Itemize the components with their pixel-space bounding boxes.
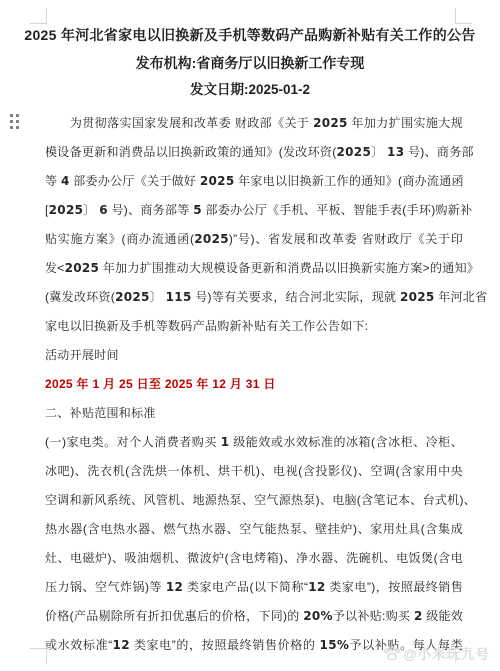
doc-line: 贴实施方案》(商办流通函(2025)”号)、省发展和改革委 省财政厅《关于印 bbox=[45, 225, 463, 254]
activity-time-heading: 活动开展时间 bbox=[45, 341, 463, 370]
watermark-text: @小米玩九号 bbox=[403, 643, 490, 663]
doc-line: 空调和新风系统、风管机、地源热泵、空气源热泵)、电脑(含笔记本、台式机)、 bbox=[45, 486, 463, 515]
section-heading: 二、补贴范围和标准 bbox=[45, 399, 463, 428]
text-boundary-corner-bottom-left bbox=[30, 648, 47, 664]
text-boundary-corner-top-left bbox=[30, 8, 47, 24]
doc-line: 冰吧)、洗衣机(含洗烘一体机、烘干机)、电视(含投影仪)、空调(含家用中央 bbox=[45, 457, 463, 486]
doc-line: 发<2025 年加力扩围推动大规模设备更新和消费品以旧换新实施方案>的通知》 bbox=[45, 254, 463, 283]
doc-line: 家电以旧换新及手机等数码产品购新补贴有关工作公告如下: bbox=[45, 312, 463, 341]
paragraph-drag-handle-icon[interactable] bbox=[10, 114, 19, 129]
paw-icon bbox=[383, 646, 401, 661]
doc-line: 压力锅、空气炸锅)等 12 类家电产品(以下简称“12 类家电”)，按照最终销售 bbox=[45, 573, 463, 602]
text-boundary-corner-top-right bbox=[455, 8, 472, 24]
doc-line: 等 4 部委办公厅《关于做好 2025 年家电以旧换新工作的通知》(商办流通函 bbox=[45, 167, 463, 196]
watermark: @小米玩九号 bbox=[383, 643, 490, 663]
intro-paragraph: 为贯彻落实国家发展和改革委 财政部《关于 2025 年加力扩围实施大规模设备更新… bbox=[45, 109, 463, 341]
doc-line: [2025〕 6 号)、商务部等 5 部委办公厅《手机、平板、智能手表(手环)购… bbox=[45, 196, 463, 225]
page-title: 2025 年河北省家电以旧换新及手机等数码产品购新补贴有关工作的公告 bbox=[0, 26, 500, 44]
doc-line: 价格(产品剔除所有折扣优惠后的价格，下同)的 20%予以补贴:购买 2 级能效 bbox=[45, 602, 463, 631]
activity-period-text: 2025 年 1 月 25 日至 2025 年 12 月 31 日 bbox=[45, 370, 463, 399]
doc-line: 模设备更新和消费品以旧换新政策的通知》(发改环资(2025〕 13 号)、商务部 bbox=[45, 138, 463, 167]
doc-line: 灶、电磁炉)、吸油烟机、微波炉(含电烤箱)、净水器、洗碗机、电饭煲(含电 bbox=[45, 544, 463, 573]
publisher-line: 发布机构:省商务厅以旧换新工作专现 bbox=[0, 54, 500, 72]
doc-line: 热水器(含电热水器、燃气热水器、空气能热泵、壁挂炉)、家用灶具(含集成 bbox=[45, 515, 463, 544]
subsidy-scope-paragraph: (一)家电类。对个人消费者购买 1 级能效或水效标准的冰箱(含冰柜、冷柜、冰吧)… bbox=[45, 428, 463, 660]
document-page: 2025 年河北省家电以旧换新及手机等数码产品购新补贴有关工作的公告 发布机构:… bbox=[0, 0, 500, 671]
document-body: 为贯彻落实国家发展和改革委 财政部《关于 2025 年加力扩围实施大规模设备更新… bbox=[45, 109, 463, 660]
issue-date-line: 发文日期:2025-01-2 bbox=[0, 81, 500, 99]
doc-line: (冀发改环资(2025〕 115 号)等有关要求，结合河北实际，现就 2025 … bbox=[45, 283, 463, 312]
doc-line: 为贯彻落实国家发展和改革委 财政部《关于 2025 年加力扩围实施大规 bbox=[45, 109, 463, 138]
doc-line: (一)家电类。对个人消费者购买 1 级能效或水效标准的冰箱(含冰柜、冷柜、 bbox=[45, 428, 463, 457]
document-header: 2025 年河北省家电以旧换新及手机等数码产品购新补贴有关工作的公告 发布机构:… bbox=[0, 0, 500, 99]
